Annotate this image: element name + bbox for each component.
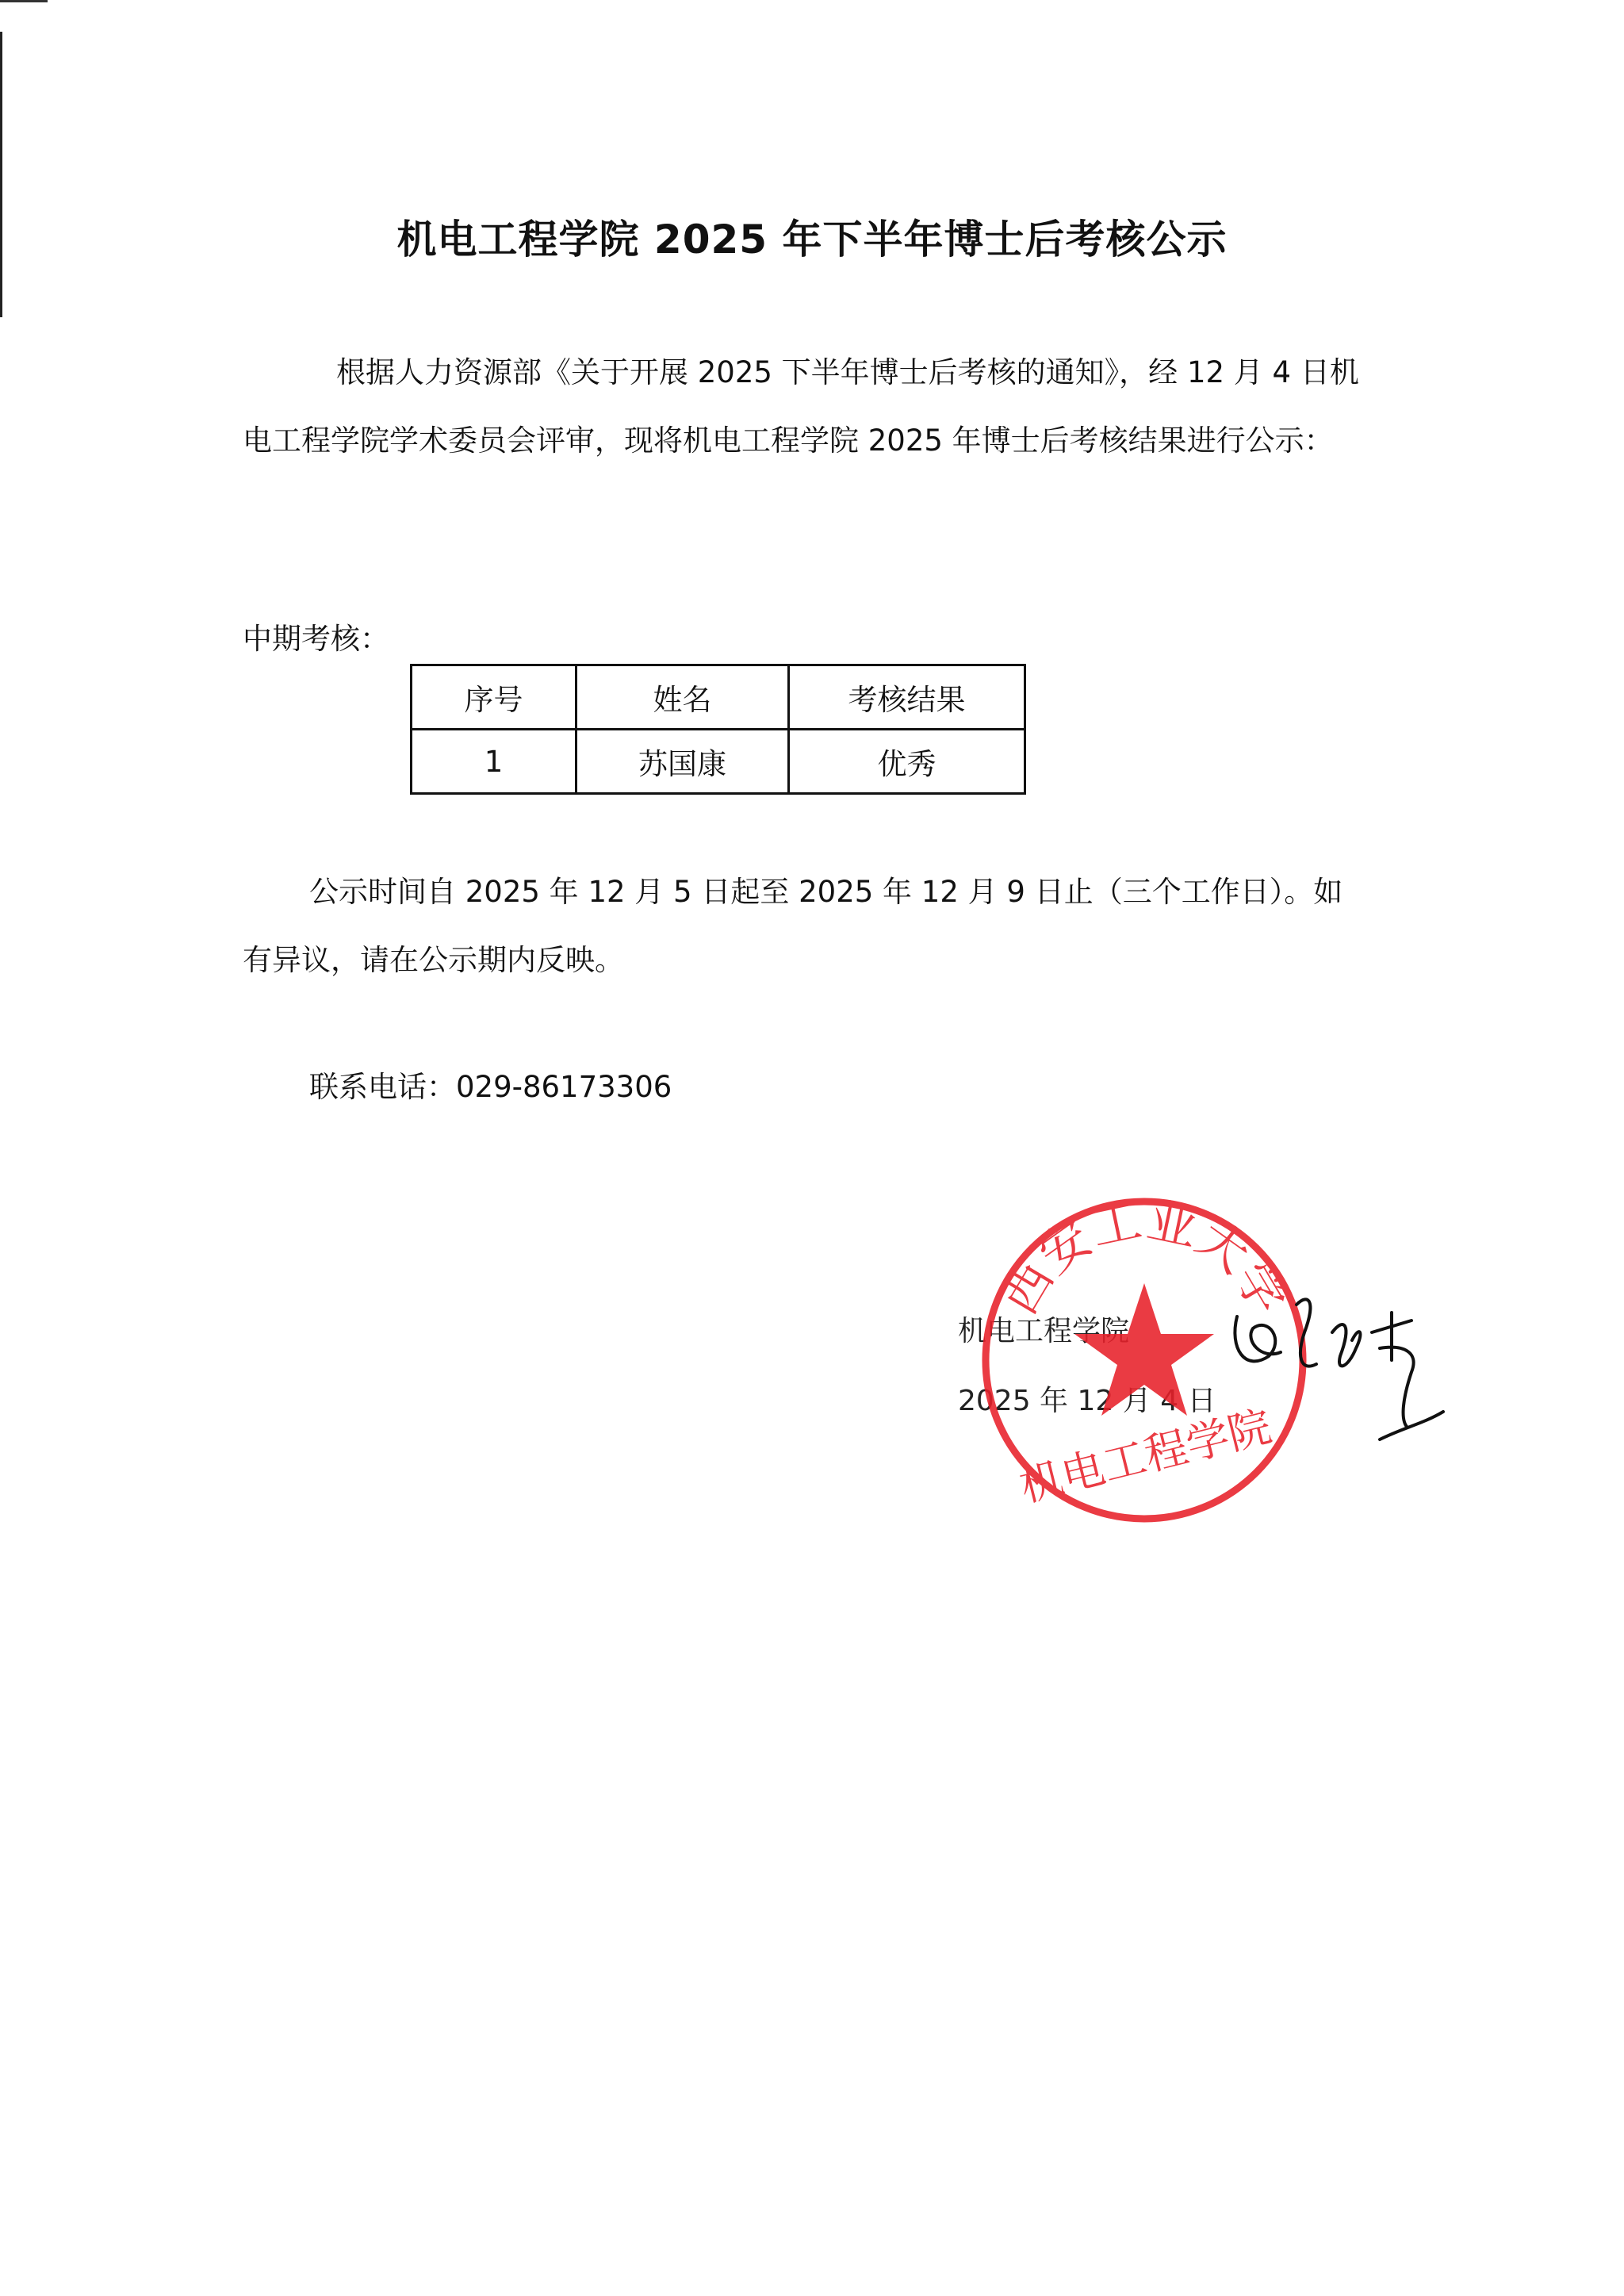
contact-phone: 联系电话：029-86173306 <box>309 1063 672 1106</box>
cell-result: 优秀 <box>789 730 1025 794</box>
svg-text:西安工业大学: 西安工业大学 <box>990 1191 1298 1324</box>
header-name: 姓名 <box>576 665 789 730</box>
section-label-midterm: 中期考核： <box>243 615 389 657</box>
header-result: 考核结果 <box>789 665 1025 730</box>
handwritten-signature-icon <box>1221 1285 1475 1451</box>
document-title: 机电工程学院 2025 年下半年博士后考核公示 <box>0 208 1624 265</box>
cell-index: 1 <box>412 730 576 794</box>
signature-date: 2025 年 12 月 4 日 <box>958 1378 1216 1419</box>
table-row: 1 苏国康 优秀 <box>412 730 1025 794</box>
notice-text: 公示时间自 2025 年 12 月 5 日起至 2025 年 12 月 9 日止… <box>243 875 1342 977</box>
intro-paragraph: 根据人力资源部《关于开展 2025 下半年博士后考核的通知》，经 12 月 4 … <box>243 339 1369 475</box>
notice-paragraph: 公示时间自 2025 年 12 月 5 日起至 2025 年 12 月 9 日止… <box>243 858 1369 995</box>
result-table: 序号 姓名 考核结果 1 苏国康 优秀 <box>410 664 1026 795</box>
header-index: 序号 <box>412 665 576 730</box>
stamp-outer-text: 西安工业大学 <box>990 1191 1298 1324</box>
scan-edge-left <box>0 32 2 317</box>
scan-edge-top <box>0 0 48 2</box>
official-seal-icon: 西安工业大学 机电工程学院 <box>974 1190 1315 1531</box>
intro-text: 根据人力资源部《关于开展 2025 下半年博士后考核的通知》，经 12 月 4 … <box>243 355 1359 458</box>
table-header-row: 序号 姓名 考核结果 <box>412 665 1025 730</box>
signature-organization: 机电工程学院 <box>958 1309 1129 1349</box>
cell-name: 苏国康 <box>576 730 789 794</box>
